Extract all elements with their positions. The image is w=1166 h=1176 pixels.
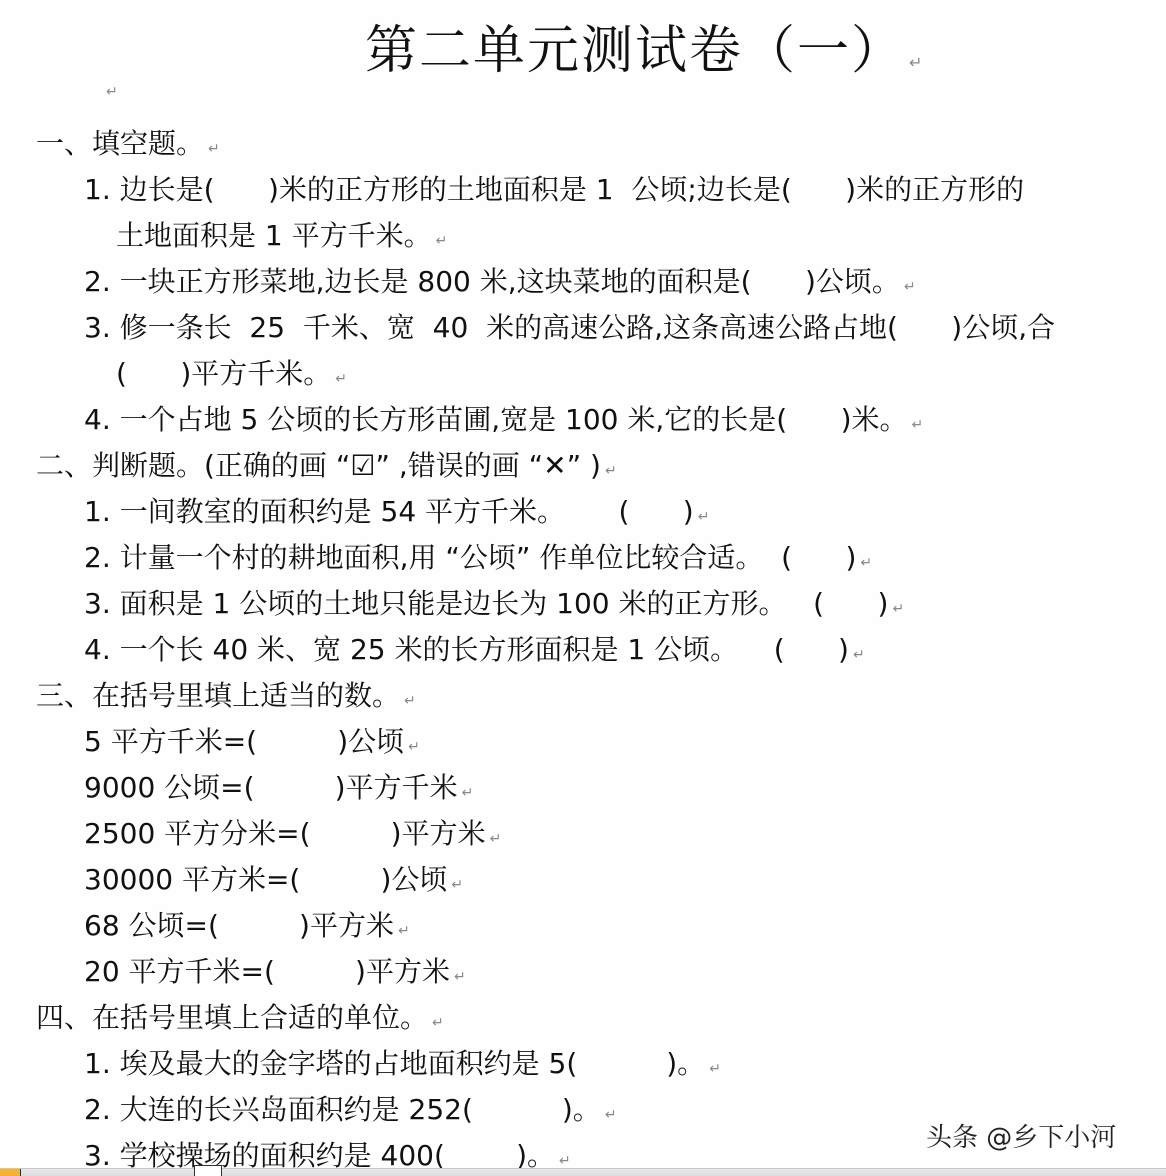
paragraph-mark-icon: ↵ (462, 785, 474, 801)
paragraph-mark-icon: ↵ (335, 371, 347, 387)
question-line: 2. 计量一个村的耕地面积,用 “公顷” 作单位比较合适。 ( )↵ (84, 538, 872, 578)
paragraph-mark-icon: ↵ (404, 693, 416, 709)
question-line: 1. 埃及最大的金字塔的占地面积约是 5( )。↵ (84, 1044, 721, 1084)
taskbar (0, 1168, 1166, 1176)
section-heading-true-false: 二、判断题。(正确的画 “☑” ,错误的画 “✕” )↵ (36, 446, 617, 486)
question-line: 1. 边长是( )米的正方形的土地面积是 1 公顷;边长是( )米的正方形的 (84, 170, 1024, 210)
question-line: 3. 修一条长 25 千米、宽 40 米的高速公路,这条高速公路占地( )公顷,… (84, 308, 1055, 348)
paragraph-mark-icon: ↵ (853, 647, 865, 663)
paragraph-mark-icon: ↵ (490, 831, 502, 847)
paragraph-mark-icon: ↵ (709, 1061, 721, 1077)
title-text: 第二单元测试卷（一） (365, 21, 905, 81)
paragraph-mark-icon: ↵ (106, 84, 118, 100)
question-line: 9000 公顷=( )平方千米↵ (84, 768, 473, 808)
paragraph-mark-icon: ↵ (398, 923, 410, 939)
paragraph-mark-icon: ↵ (904, 279, 916, 295)
paragraph-mark-icon: ↵ (892, 601, 904, 617)
paragraph-mark-icon: ↵ (454, 969, 466, 985)
paragraph-mark-icon: ↵ (605, 1107, 617, 1123)
paragraph-mark-icon: ↵ (451, 877, 463, 893)
paragraph-mark-icon: ↵ (408, 739, 420, 755)
paragraph-mark-icon: ↵ (909, 53, 924, 72)
section-heading-fill-number: 三、在括号里填上适当的数。↵ (36, 676, 416, 716)
paragraph-mark-icon: ↵ (436, 233, 448, 249)
paragraph-mark-icon: ↵ (860, 555, 872, 571)
question-line: ( )平方千米。↵ (116, 354, 347, 394)
question-line: 3. 面积是 1 公顷的土地只能是边长为 100 米的正方形。 ( )↵ (84, 584, 904, 624)
page-title: 第二单元测试卷（一）↵ (365, 8, 924, 83)
watermark: 头条 @乡下小河 (926, 1117, 1116, 1154)
question-line: 68 公顷=( )平方米↵ (84, 906, 410, 946)
paragraph-mark-icon: ↵ (605, 463, 617, 479)
question-line: 土地面积是 1 平方千米。↵ (116, 216, 447, 256)
question-line: 2. 一块正方形菜地,边长是 800 米,这块菜地的面积是( )公顷。↵ (84, 262, 916, 302)
paragraph-mark-icon: ↵ (912, 417, 924, 433)
document-page: 第二单元测试卷（一）↵ ↵ 一、填空题。↵ 1. 边长是( )米的正方形的土地面… (0, 0, 1166, 1168)
question-line: 4. 一个占地 5 公顷的长方形苗圃,宽是 100 米,它的长是( )米。↵ (84, 400, 923, 440)
question-line: 20 平方千米=( )平方米↵ (84, 952, 466, 992)
section-heading-fill-unit: 四、在括号里填上合适的单位。↵ (36, 998, 444, 1038)
question-line: 1. 一间教室的面积约是 54 平方千米。 ( )↵ (84, 492, 709, 532)
taskbar-item[interactable] (194, 1165, 222, 1176)
question-line: 5 平方千米=( )公顷↵ (84, 722, 420, 762)
question-line: 2. 大连的长兴岛面积约是 252( )。↵ (84, 1090, 617, 1130)
paragraph-mark-icon: ↵ (559, 1153, 571, 1169)
question-line: 4. 一个长 40 米、宽 25 米的长方形面积是 1 公顷。 ( )↵ (84, 630, 865, 670)
question-line: 2500 平方分米=( )平方米↵ (84, 814, 501, 854)
taskbar-start-button[interactable] (0, 1169, 21, 1176)
section-heading-fill-blank: 一、填空题。↵ (36, 124, 220, 164)
question-line: 30000 平方米=( )公顷↵ (84, 860, 463, 900)
paragraph-mark-icon: ↵ (432, 1015, 444, 1031)
paragraph-mark-icon: ↵ (208, 141, 220, 157)
paragraph-mark-icon: ↵ (698, 509, 710, 525)
